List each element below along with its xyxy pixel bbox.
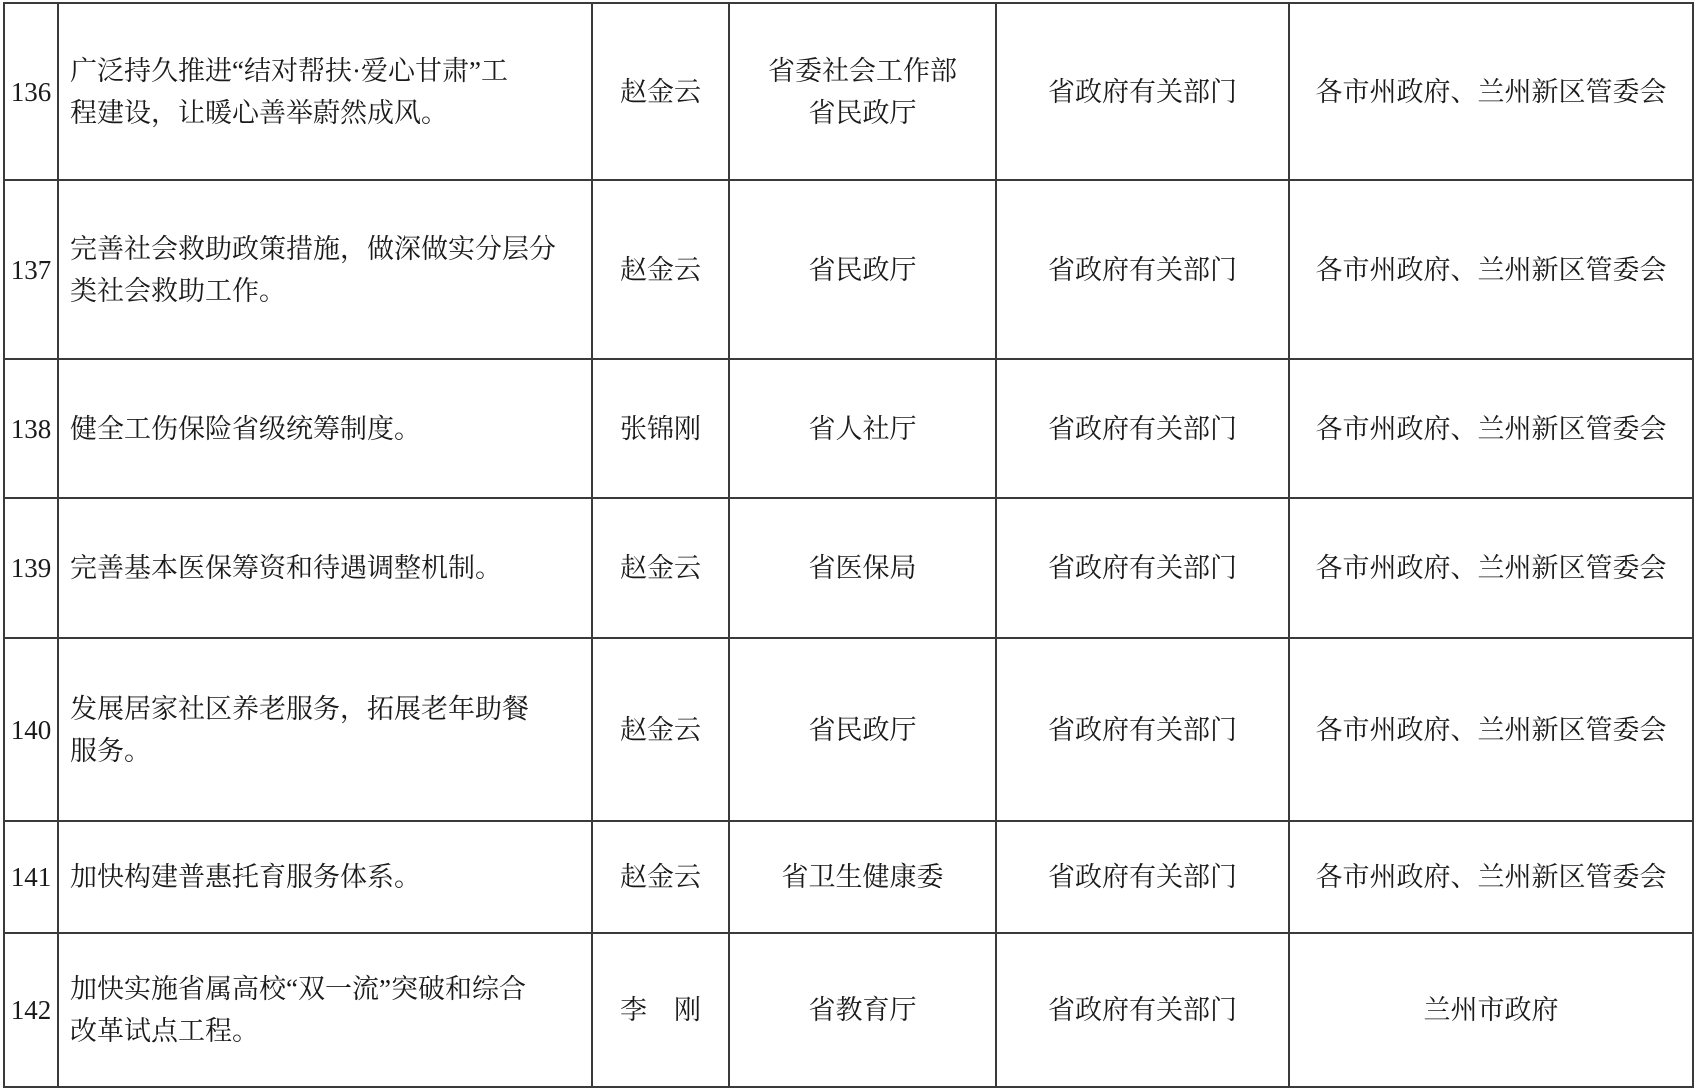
task-cell: 完善社会救助政策措施，做深做实分层分 类社会救助工作。 <box>58 180 592 359</box>
coord-cell: 省政府有关部门 <box>996 180 1289 359</box>
impl-cell: 各市州政府、兰州新区管委会 <box>1289 180 1693 359</box>
task-cell: 发展居家社区养老服务，拓展老年助餐 服务。 <box>58 638 592 821</box>
leader-cell: 赵金云 <box>592 821 729 933</box>
dept-cell: 省人社厅 <box>729 359 996 498</box>
dept-cell: 省医保局 <box>729 498 996 638</box>
task-assignment-table: 136 广泛持久推进“结对帮扶·爱心甘肃”工 程建设，让暖心善举蔚然成风。 赵金… <box>3 2 1694 1088</box>
row-number-cell: 137 <box>4 180 58 359</box>
impl-cell: 各市州政府、兰州新区管委会 <box>1289 638 1693 821</box>
coord-cell: 省政府有关部门 <box>996 821 1289 933</box>
coord-cell: 省政府有关部门 <box>996 498 1289 638</box>
coord-cell: 省政府有关部门 <box>996 638 1289 821</box>
row-number-cell: 142 <box>4 933 58 1087</box>
row-number-cell: 139 <box>4 498 58 638</box>
task-cell: 加快实施省属高校“双一流”突破和综合 改革试点工程。 <box>58 933 592 1087</box>
impl-cell: 各市州政府、兰州新区管委会 <box>1289 498 1693 638</box>
coord-cell: 省政府有关部门 <box>996 359 1289 498</box>
table-row: 138 健全工伤保险省级统筹制度。 张锦刚 省人社厅 省政府有关部门 各市州政府… <box>4 359 1693 498</box>
impl-cell: 兰州市政府 <box>1289 933 1693 1087</box>
table-row: 137 完善社会救助政策措施，做深做实分层分 类社会救助工作。 赵金云 省民政厅… <box>4 180 1693 359</box>
leader-cell: 赵金云 <box>592 3 729 180</box>
impl-cell: 各市州政府、兰州新区管委会 <box>1289 821 1693 933</box>
leader-cell: 李 刚 <box>592 933 729 1087</box>
row-number-cell: 138 <box>4 359 58 498</box>
dept-cell: 省教育厅 <box>729 933 996 1087</box>
leader-cell: 张锦刚 <box>592 359 729 498</box>
table-row: 140 发展居家社区养老服务，拓展老年助餐 服务。 赵金云 省民政厅 省政府有关… <box>4 638 1693 821</box>
leader-cell: 赵金云 <box>592 180 729 359</box>
dept-cell: 省卫生健康委 <box>729 821 996 933</box>
coord-cell: 省政府有关部门 <box>996 3 1289 180</box>
impl-cell: 各市州政府、兰州新区管委会 <box>1289 359 1693 498</box>
leader-cell: 赵金云 <box>592 498 729 638</box>
table-row: 142 加快实施省属高校“双一流”突破和综合 改革试点工程。 李 刚 省教育厅 … <box>4 933 1693 1087</box>
row-number-cell: 140 <box>4 638 58 821</box>
leader-cell: 赵金云 <box>592 638 729 821</box>
row-number-cell: 141 <box>4 821 58 933</box>
task-cell: 健全工伤保险省级统筹制度。 <box>58 359 592 498</box>
task-cell: 加快构建普惠托育服务体系。 <box>58 821 592 933</box>
table-row: 136 广泛持久推进“结对帮扶·爱心甘肃”工 程建设，让暖心善举蔚然成风。 赵金… <box>4 3 1693 180</box>
dept-cell: 省民政厅 <box>729 180 996 359</box>
table-row: 139 完善基本医保筹资和待遇调整机制。 赵金云 省医保局 省政府有关部门 各市… <box>4 498 1693 638</box>
dept-cell: 省民政厅 <box>729 638 996 821</box>
task-cell: 完善基本医保筹资和待遇调整机制。 <box>58 498 592 638</box>
coord-cell: 省政府有关部门 <box>996 933 1289 1087</box>
task-cell: 广泛持久推进“结对帮扶·爱心甘肃”工 程建设，让暖心善举蔚然成风。 <box>58 3 592 180</box>
impl-cell: 各市州政府、兰州新区管委会 <box>1289 3 1693 180</box>
table-row: 141 加快构建普惠托育服务体系。 赵金云 省卫生健康委 省政府有关部门 各市州… <box>4 821 1693 933</box>
row-number-cell: 136 <box>4 3 58 180</box>
dept-cell: 省委社会工作部 省民政厅 <box>729 3 996 180</box>
